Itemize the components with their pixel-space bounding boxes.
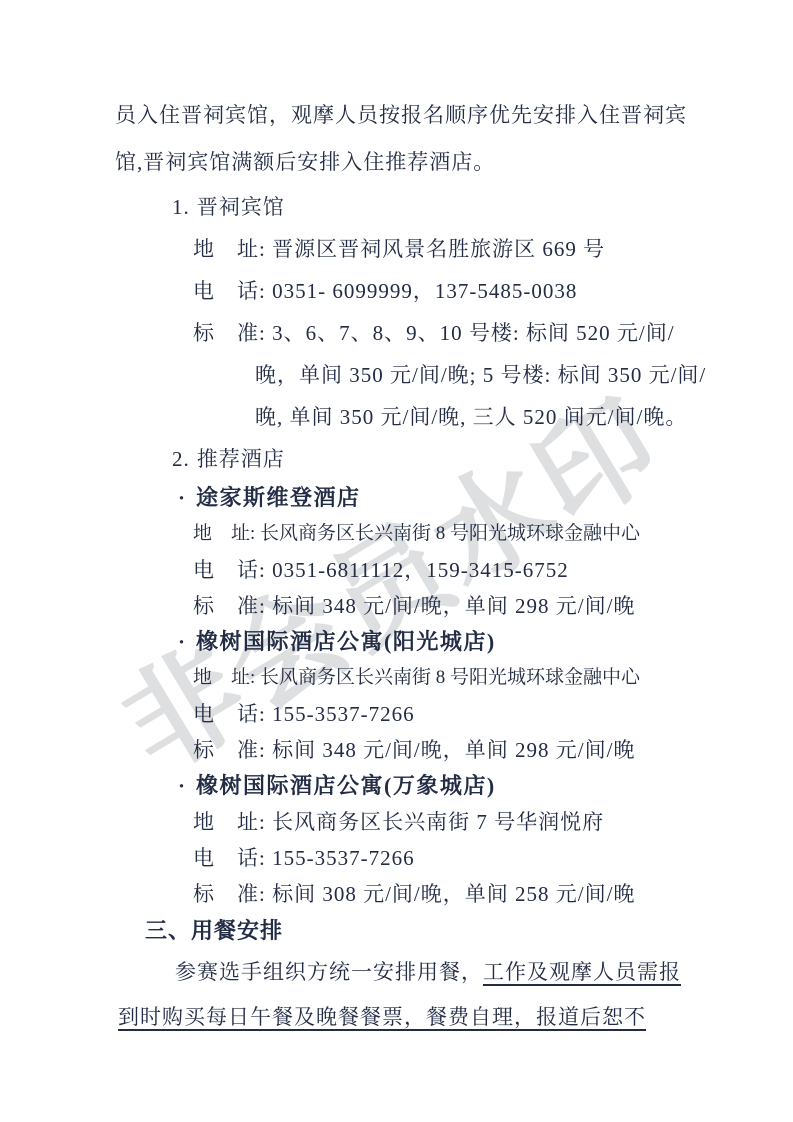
hotel-1-phone-row: 电 话: 0351-6811112，159-3415-6752 [115,552,680,588]
recommended-title: 推荐酒店 [197,447,285,471]
hotel-2-phone-row: 电 话: 155-3537-7266 [115,696,680,732]
primary-hotel-heading: 1.晋祠宾馆 [115,186,680,228]
standard-value: 标间 348 元/间/晚，单间 298 元/间/晚 [272,594,635,618]
standard-value-line1: 3、6、7、8、9、10 号楼: 标间 520 元/间/ [272,321,675,345]
standard-label: 标 准: [193,594,266,618]
primary-hotel-number: 1. [172,195,190,219]
hotel-1-name-row: ·途家斯维登酒店 [115,480,680,516]
dining-paragraph-line-2: 到时购买每日午餐及晚餐餐票，餐费自理，报道后恕不 [115,995,680,1040]
hotel-3-standard-row: 标 准: 标间 308 元/间/晚，单间 258 元/间/晚 [115,876,680,912]
phone-value: 155-3537-7266 [272,846,415,870]
phone-label: 电 话: [193,846,266,870]
dining-text-underlined-2: 到时购买每日午餐及晚餐餐票，餐费自理，报道后恕不 [118,1005,646,1029]
standard-label: 标 准: [193,321,266,345]
primary-hotel-phone-row: 电 话: 0351- 6099999，137-5485-0038 [115,270,680,312]
document-content: 员入住晋祠宾馆，观摩人员按报名顺序优先安排入住晋祠宾 馆,晋祠宾馆满额后安排入住… [115,92,680,1040]
standard-value: 标间 348 元/间/晚，单间 298 元/间/晚 [272,738,635,762]
standard-label: 标 准: [193,882,266,906]
primary-hotel-standard-row: 标 准: 3、6、7、8、9、10 号楼: 标间 520 元/间/ [115,312,680,354]
phone-label: 电 话: [193,702,266,726]
bullet-icon: · [178,624,186,660]
phone-label: 电 话: [193,279,266,303]
hotel-1-name: 途家斯维登酒店 [196,485,361,510]
dining-heading: 三、用餐安排 [115,912,680,950]
hotel-1-standard-row: 标 准: 标间 348 元/间/晚，单间 298 元/间/晚 [115,588,680,624]
address-label: 地 址: [193,237,266,261]
address-label: 地 址: [193,667,255,688]
address-value: 长风商务区长兴南街 8 号阳光城环球金融中心 [260,523,640,544]
hotel-3-phone-row: 电 话: 155-3537-7266 [115,840,680,876]
intro-line-2: 馆,晋祠宾馆满额后安排入住推荐酒店。 [115,139,680,186]
standard-label: 标 准: [193,738,266,762]
phone-value: 155-3537-7266 [272,702,415,726]
address-value: 长风商务区长兴南街 8 号阳光城环球金融中心 [260,667,640,688]
phone-value: 0351-6811112，159-3415-6752 [272,558,569,582]
primary-hotel-address-row: 地 址: 晋源区晋祠风景名胜旅游区 669 号 [115,228,680,270]
hotel-2-name: 橡树国际酒店公寓(阳光城店) [196,629,496,654]
address-value: 晋源区晋祠风景名胜旅游区 669 号 [272,237,605,261]
primary-hotel-name: 晋祠宾馆 [197,195,285,219]
address-value: 长风商务区长兴南街 7 号华润悦府 [272,810,604,834]
phone-label: 电 话: [193,558,266,582]
address-label: 地 址: [193,523,255,544]
standard-value: 标间 308 元/间/晚，单间 258 元/间/晚 [272,882,635,906]
hotel-3-address-row: 地 址: 长风商务区长兴南街 7 号华润悦府 [115,804,680,840]
bullet-icon: · [178,480,186,516]
hotel-2-address-row: 地 址: 长风商务区长兴南街 8 号阳光城环球金融中心 [115,660,680,696]
hotel-3-name: 橡树国际酒店公寓(万象城店) [196,773,496,798]
dining-text-normal: 参赛选手组织方统一安排用餐， [175,960,483,984]
intro-line-1: 员入住晋祠宾馆，观摩人员按报名顺序优先安排入住晋祠宾 [115,92,680,139]
dining-text-underlined-1: 工作及观摩人员需报 [483,960,681,984]
hotel-1-address-row: 地 址: 长风商务区长兴南街 8 号阳光城环球金融中心 [115,516,680,552]
primary-hotel-standard-wrap-2: 晚, 单间 350 元/间/晚, 三人 520 间元/间/晚。 [115,396,680,438]
recommended-number: 2. [172,447,190,471]
dining-paragraph-line-1: 参赛选手组织方统一安排用餐，工作及观摩人员需报 [115,950,680,995]
hotel-2-name-row: ·橡树国际酒店公寓(阳光城店) [115,624,680,660]
phone-value: 0351- 6099999，137-5485-0038 [272,279,577,303]
bullet-icon: · [178,768,186,804]
document-page: 非会员水印 员入住晋祠宾馆，观摩人员按报名顺序优先安排入住晋祠宾 馆,晋祠宾馆满… [0,0,793,1122]
primary-hotel-standard-wrap-1: 晚，单间 350 元/间/晚; 5 号楼: 标间 350 元/间/ [115,354,680,396]
recommended-heading: 2.推荐酒店 [115,438,680,480]
hotel-3-name-row: ·橡树国际酒店公寓(万象城店) [115,768,680,804]
address-label: 地 址: [193,810,266,834]
hotel-2-standard-row: 标 准: 标间 348 元/间/晚，单间 298 元/间/晚 [115,732,680,768]
